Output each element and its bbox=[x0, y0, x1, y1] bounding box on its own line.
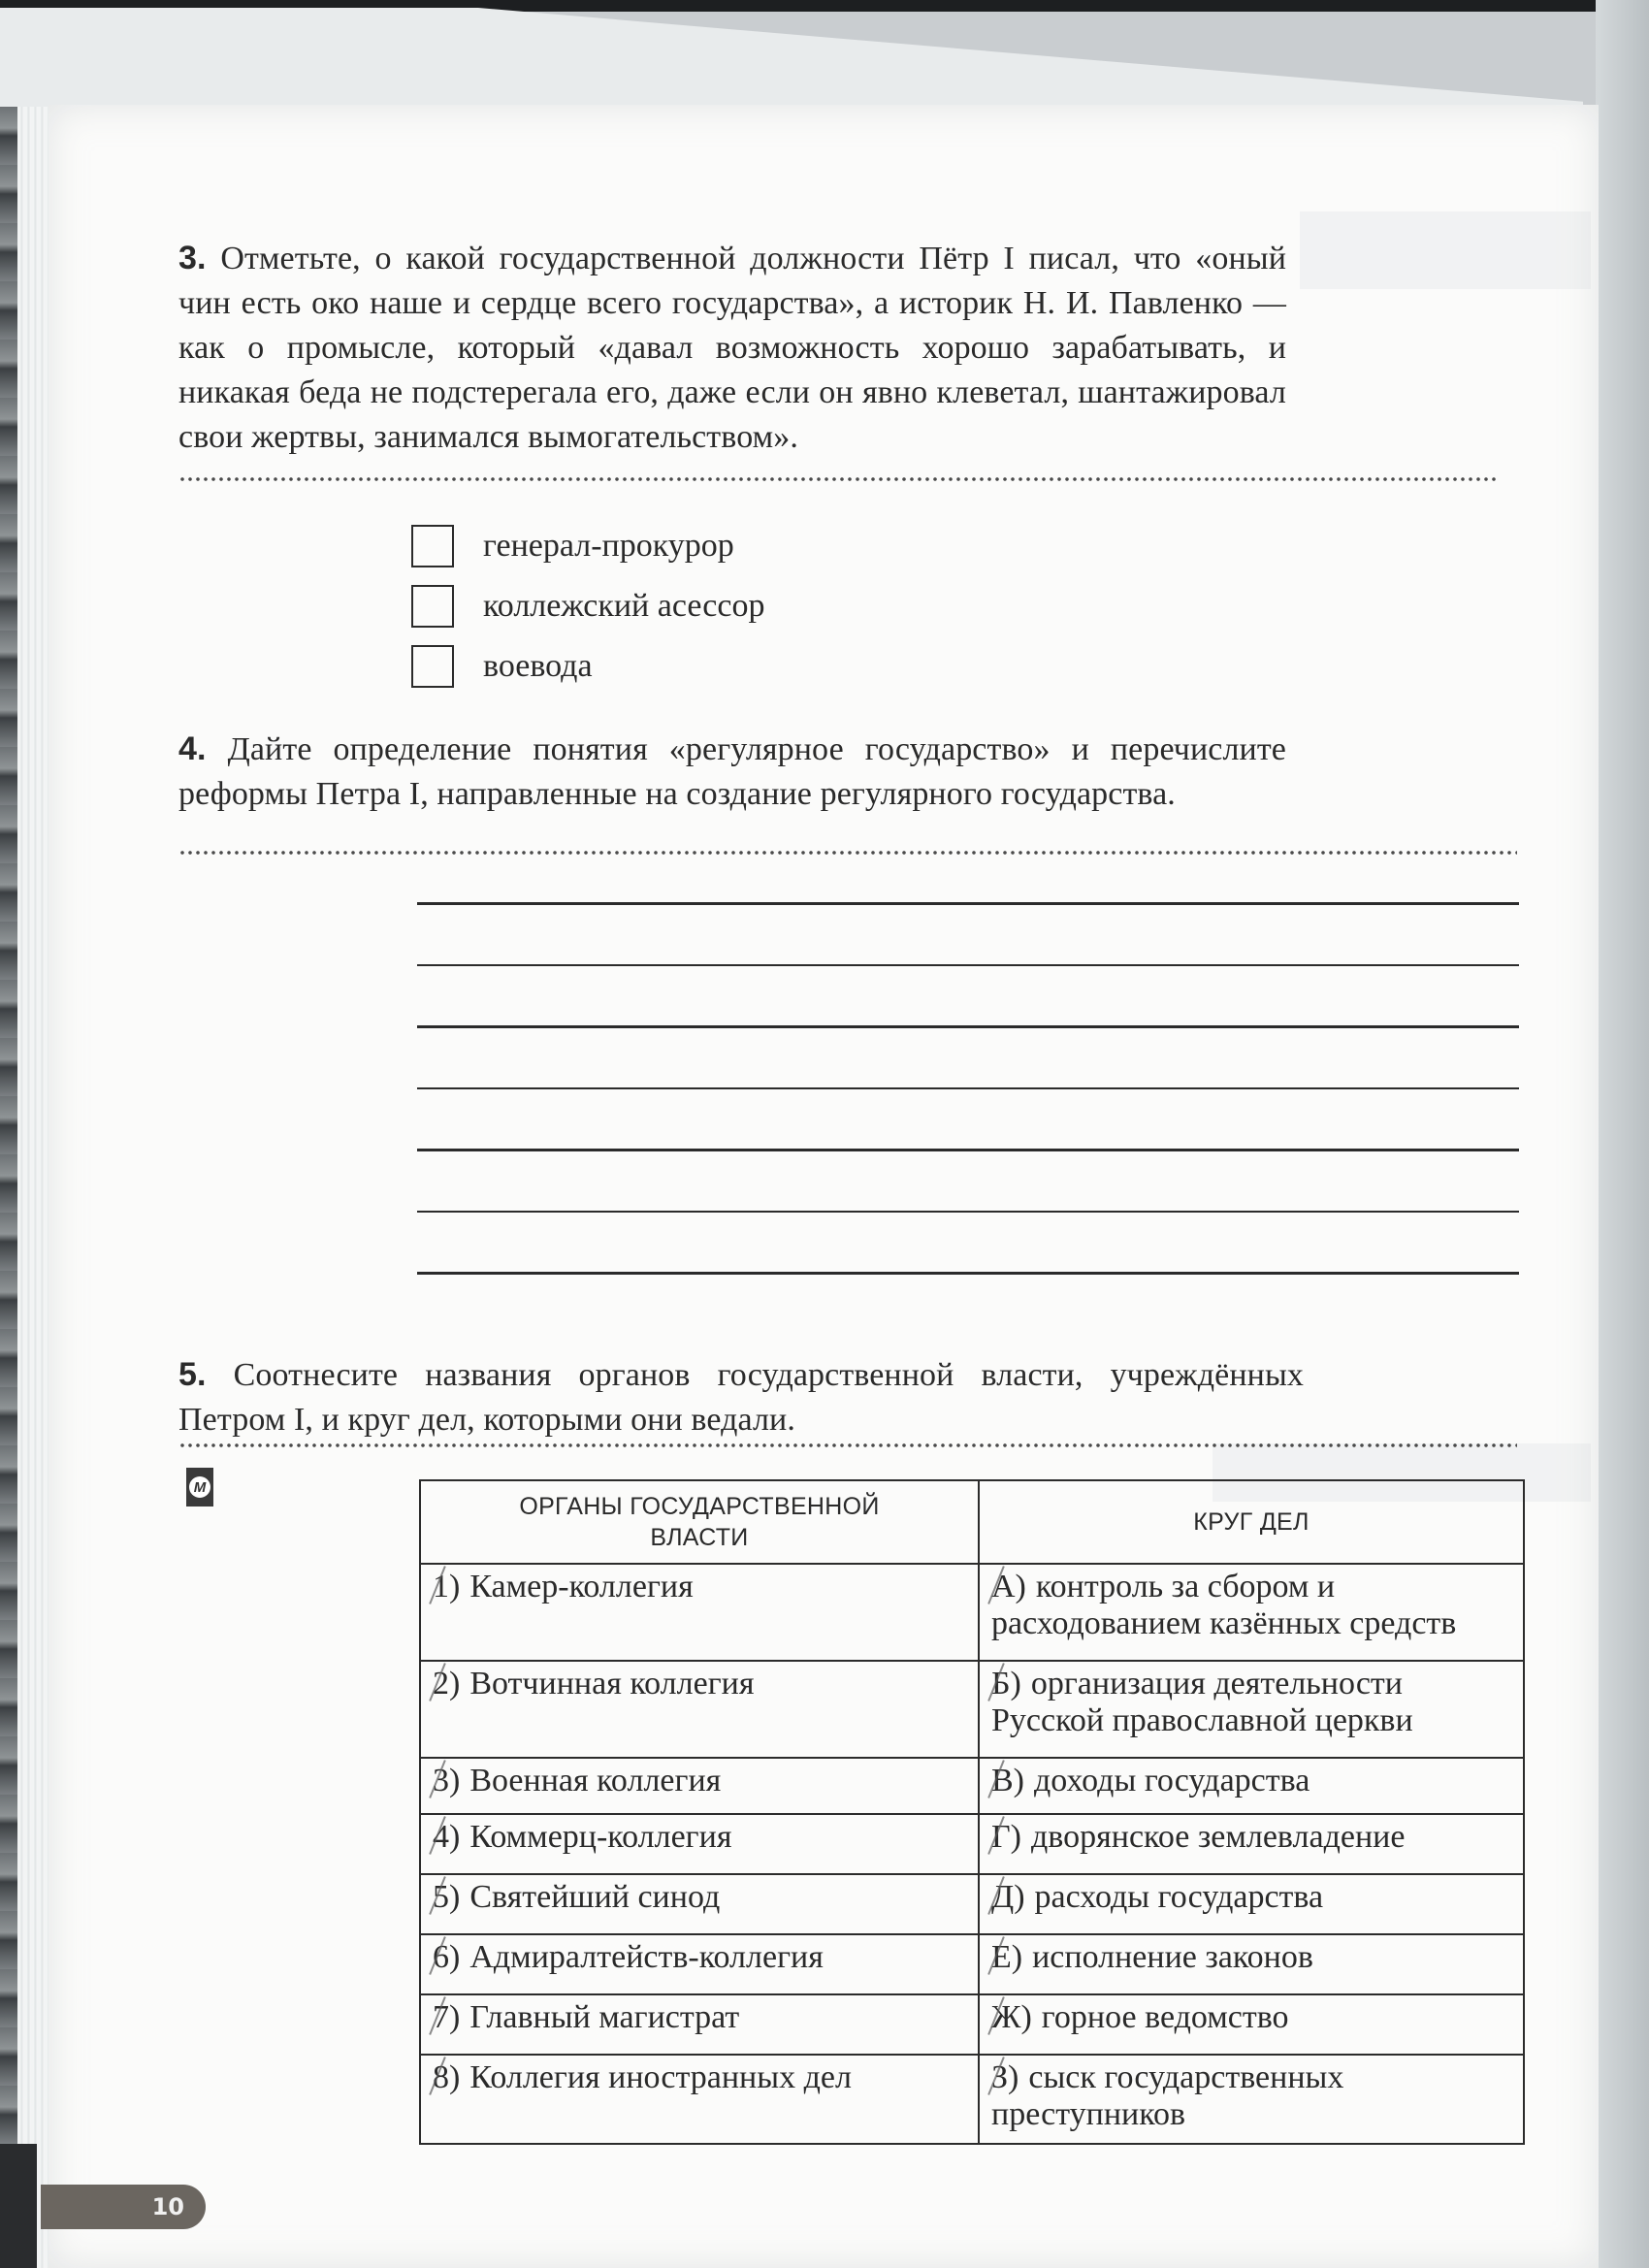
option-kollezhsky-asessor[interactable]: коллежский асессор bbox=[411, 576, 764, 636]
organ-name: Адмиралтейств-коллегия bbox=[469, 1939, 824, 1975]
checkbox[interactable] bbox=[411, 525, 454, 567]
question-4: 4. Дайте определение понятия «регулярное… bbox=[178, 727, 1286, 817]
answer-line[interactable] bbox=[417, 1211, 1519, 1214]
organ-name: Главный магистрат bbox=[469, 1999, 739, 2035]
row-key: Б) bbox=[991, 1666, 1021, 1702]
organ-cell: 5)Святейший синод bbox=[420, 1874, 979, 1934]
row-key: В) bbox=[991, 1763, 1024, 1799]
organ-cell: 6)Адмиралтейств-коллегия bbox=[420, 1934, 979, 1994]
question-text: Соотнесите названия органов государствен… bbox=[178, 1357, 1304, 1438]
question-3: 3. Отметьте, о какой государственной дол… bbox=[178, 236, 1286, 460]
checkbox[interactable] bbox=[411, 645, 454, 688]
duty-cell: Е)исполнение законов bbox=[979, 1934, 1524, 1994]
organ-cell: 8)Коллегия иностранных дел bbox=[420, 2055, 979, 2144]
organ-cell: 3)Военная коллегия bbox=[420, 1758, 979, 1814]
option-label: генерал-прокурор bbox=[483, 528, 734, 565]
answer-line[interactable] bbox=[417, 1087, 1519, 1090]
row-key: Д) bbox=[991, 1879, 1025, 1916]
organ-name: Вотчинная коллегия bbox=[469, 1666, 754, 1701]
bleed-through bbox=[1300, 211, 1591, 289]
duty-text: расходы государства bbox=[1035, 1879, 1324, 1915]
duty-text: доходы государства bbox=[1034, 1763, 1309, 1798]
answer-line[interactable] bbox=[417, 902, 1519, 905]
organ-name: Коллегия иностранных дел bbox=[469, 2059, 852, 2095]
organ-name: Коммерц-коллегия bbox=[469, 1819, 731, 1855]
page-number-text: 10 bbox=[152, 2193, 184, 2220]
row-key: 5) bbox=[433, 1879, 460, 1916]
duty-cell: Ж)горное ведомство bbox=[979, 1994, 1524, 2055]
dotted-divider bbox=[178, 476, 1498, 482]
question-text: Дайте определение понятия «регулярное го… bbox=[178, 731, 1286, 812]
checkbox[interactable] bbox=[411, 585, 454, 628]
duty-text: организация деятельности Русской правосл… bbox=[991, 1666, 1413, 1738]
table-row: 2)Вотчинная коллегияБ)организация деятел… bbox=[420, 1661, 1524, 1758]
option-label: воевода bbox=[483, 648, 593, 685]
answer-line[interactable] bbox=[417, 964, 1519, 967]
row-key: А) bbox=[991, 1569, 1026, 1605]
answer-line[interactable] bbox=[417, 1272, 1519, 1275]
table-row: 4)Коммерц-коллегияГ)дворянское землевлад… bbox=[420, 1814, 1524, 1874]
scanner-background-right bbox=[1596, 0, 1649, 2268]
table-row: 1)Камер-коллегияА)контроль за сбором и р… bbox=[420, 1564, 1524, 1661]
m-icon-letter: M bbox=[189, 1476, 210, 1498]
duty-cell: З)сыск государственных преступников bbox=[979, 2055, 1524, 2144]
row-key: 8) bbox=[433, 2059, 460, 2096]
duty-cell: Г)дворянское землевладение bbox=[979, 1814, 1524, 1874]
row-key: 4) bbox=[433, 1819, 460, 1856]
organ-cell: 7)Главный магистрат bbox=[420, 1994, 979, 2055]
row-key: Г) bbox=[991, 1819, 1021, 1856]
organ-cell: 4)Коммерц-коллегия bbox=[420, 1814, 979, 1874]
row-key: З) bbox=[991, 2059, 1018, 2096]
row-key: Е) bbox=[991, 1939, 1022, 1976]
dotted-divider bbox=[178, 1442, 1517, 1448]
answer-line[interactable] bbox=[417, 1149, 1519, 1151]
table-row: 6)Адмиралтейств-коллегияЕ)исполнение зак… bbox=[420, 1934, 1524, 1994]
duty-cell: Д)расходы государства bbox=[979, 1874, 1524, 1934]
header-organs: ОРГАНЫ ГОСУДАРСТВЕННОЙ ВЛАСТИ bbox=[420, 1480, 979, 1564]
answer-options: генерал-прокурор коллежский асессор воев… bbox=[411, 516, 764, 697]
organ-cell: 2)Вотчинная коллегия bbox=[420, 1661, 979, 1758]
duty-cell: Б)организация деятельности Русской право… bbox=[979, 1661, 1524, 1758]
row-key: 7) bbox=[433, 1999, 460, 2036]
option-general-prokuror[interactable]: генерал-прокурор bbox=[411, 516, 764, 576]
duty-text: контроль за сбором и расходованием казён… bbox=[991, 1569, 1456, 1641]
m-icon: M bbox=[186, 1468, 213, 1507]
answer-line[interactable] bbox=[417, 1025, 1519, 1028]
header-krug-del: КРУГ ДЕЛ bbox=[979, 1480, 1524, 1564]
header-text: ОРГАНЫ ГОСУДАРСТВЕННОЙ ВЛАСТИ bbox=[476, 1491, 922, 1553]
row-key: Ж) bbox=[991, 1999, 1032, 2036]
question-number: 4. bbox=[178, 730, 207, 767]
page-number: 10 bbox=[41, 2185, 206, 2229]
duty-text: сыск государственных преступников bbox=[991, 2059, 1343, 2132]
option-voevoda[interactable]: воевода bbox=[411, 636, 764, 697]
table-row: 5)Святейший синодД)расходы государства bbox=[420, 1874, 1524, 1934]
duty-text: исполнение законов bbox=[1032, 1939, 1313, 1975]
table-row: 8)Коллегия иностранных делЗ)сыск государ… bbox=[420, 2055, 1524, 2144]
row-key: 2) bbox=[433, 1666, 460, 1702]
duty-cell: В)доходы государства bbox=[979, 1758, 1524, 1814]
table-row: 7)Главный магистратЖ)горное ведомство bbox=[420, 1994, 1524, 2055]
row-key: 1) bbox=[433, 1569, 460, 1605]
row-key: 3) bbox=[433, 1763, 460, 1799]
question-5: 5. Соотнесите названия органов государст… bbox=[178, 1352, 1304, 1442]
answer-lines[interactable] bbox=[417, 902, 1519, 1334]
matching-table: ОРГАНЫ ГОСУДАРСТВЕННОЙ ВЛАСТИ КРУГ ДЕЛ 1… bbox=[419, 1479, 1525, 2145]
table-row: 3)Военная коллегияВ)доходы государства bbox=[420, 1758, 1524, 1814]
option-label: коллежский асессор bbox=[483, 588, 764, 625]
row-key: 6) bbox=[433, 1939, 460, 1976]
organ-cell: 1)Камер-коллегия bbox=[420, 1564, 979, 1661]
dotted-divider bbox=[178, 850, 1517, 856]
question-number: 3. bbox=[178, 240, 207, 276]
question-text: Отметьте, о какой государственной должно… bbox=[178, 241, 1286, 455]
folded-under-sheet bbox=[0, 8, 1649, 114]
duty-text: дворянское землевладение bbox=[1031, 1819, 1405, 1855]
organ-name: Святейший синод bbox=[469, 1879, 720, 1915]
book-binding bbox=[0, 2144, 37, 2268]
organ-name: Военная коллегия bbox=[469, 1763, 721, 1798]
header-text: КРУГ ДЕЛ bbox=[1193, 1508, 1309, 1536]
duty-text: горное ведомство bbox=[1042, 1999, 1289, 2035]
question-number: 5. bbox=[178, 1356, 207, 1393]
organ-name: Камер-коллегия bbox=[469, 1569, 693, 1604]
duty-cell: А)контроль за сбором и расходованием каз… bbox=[979, 1564, 1524, 1661]
